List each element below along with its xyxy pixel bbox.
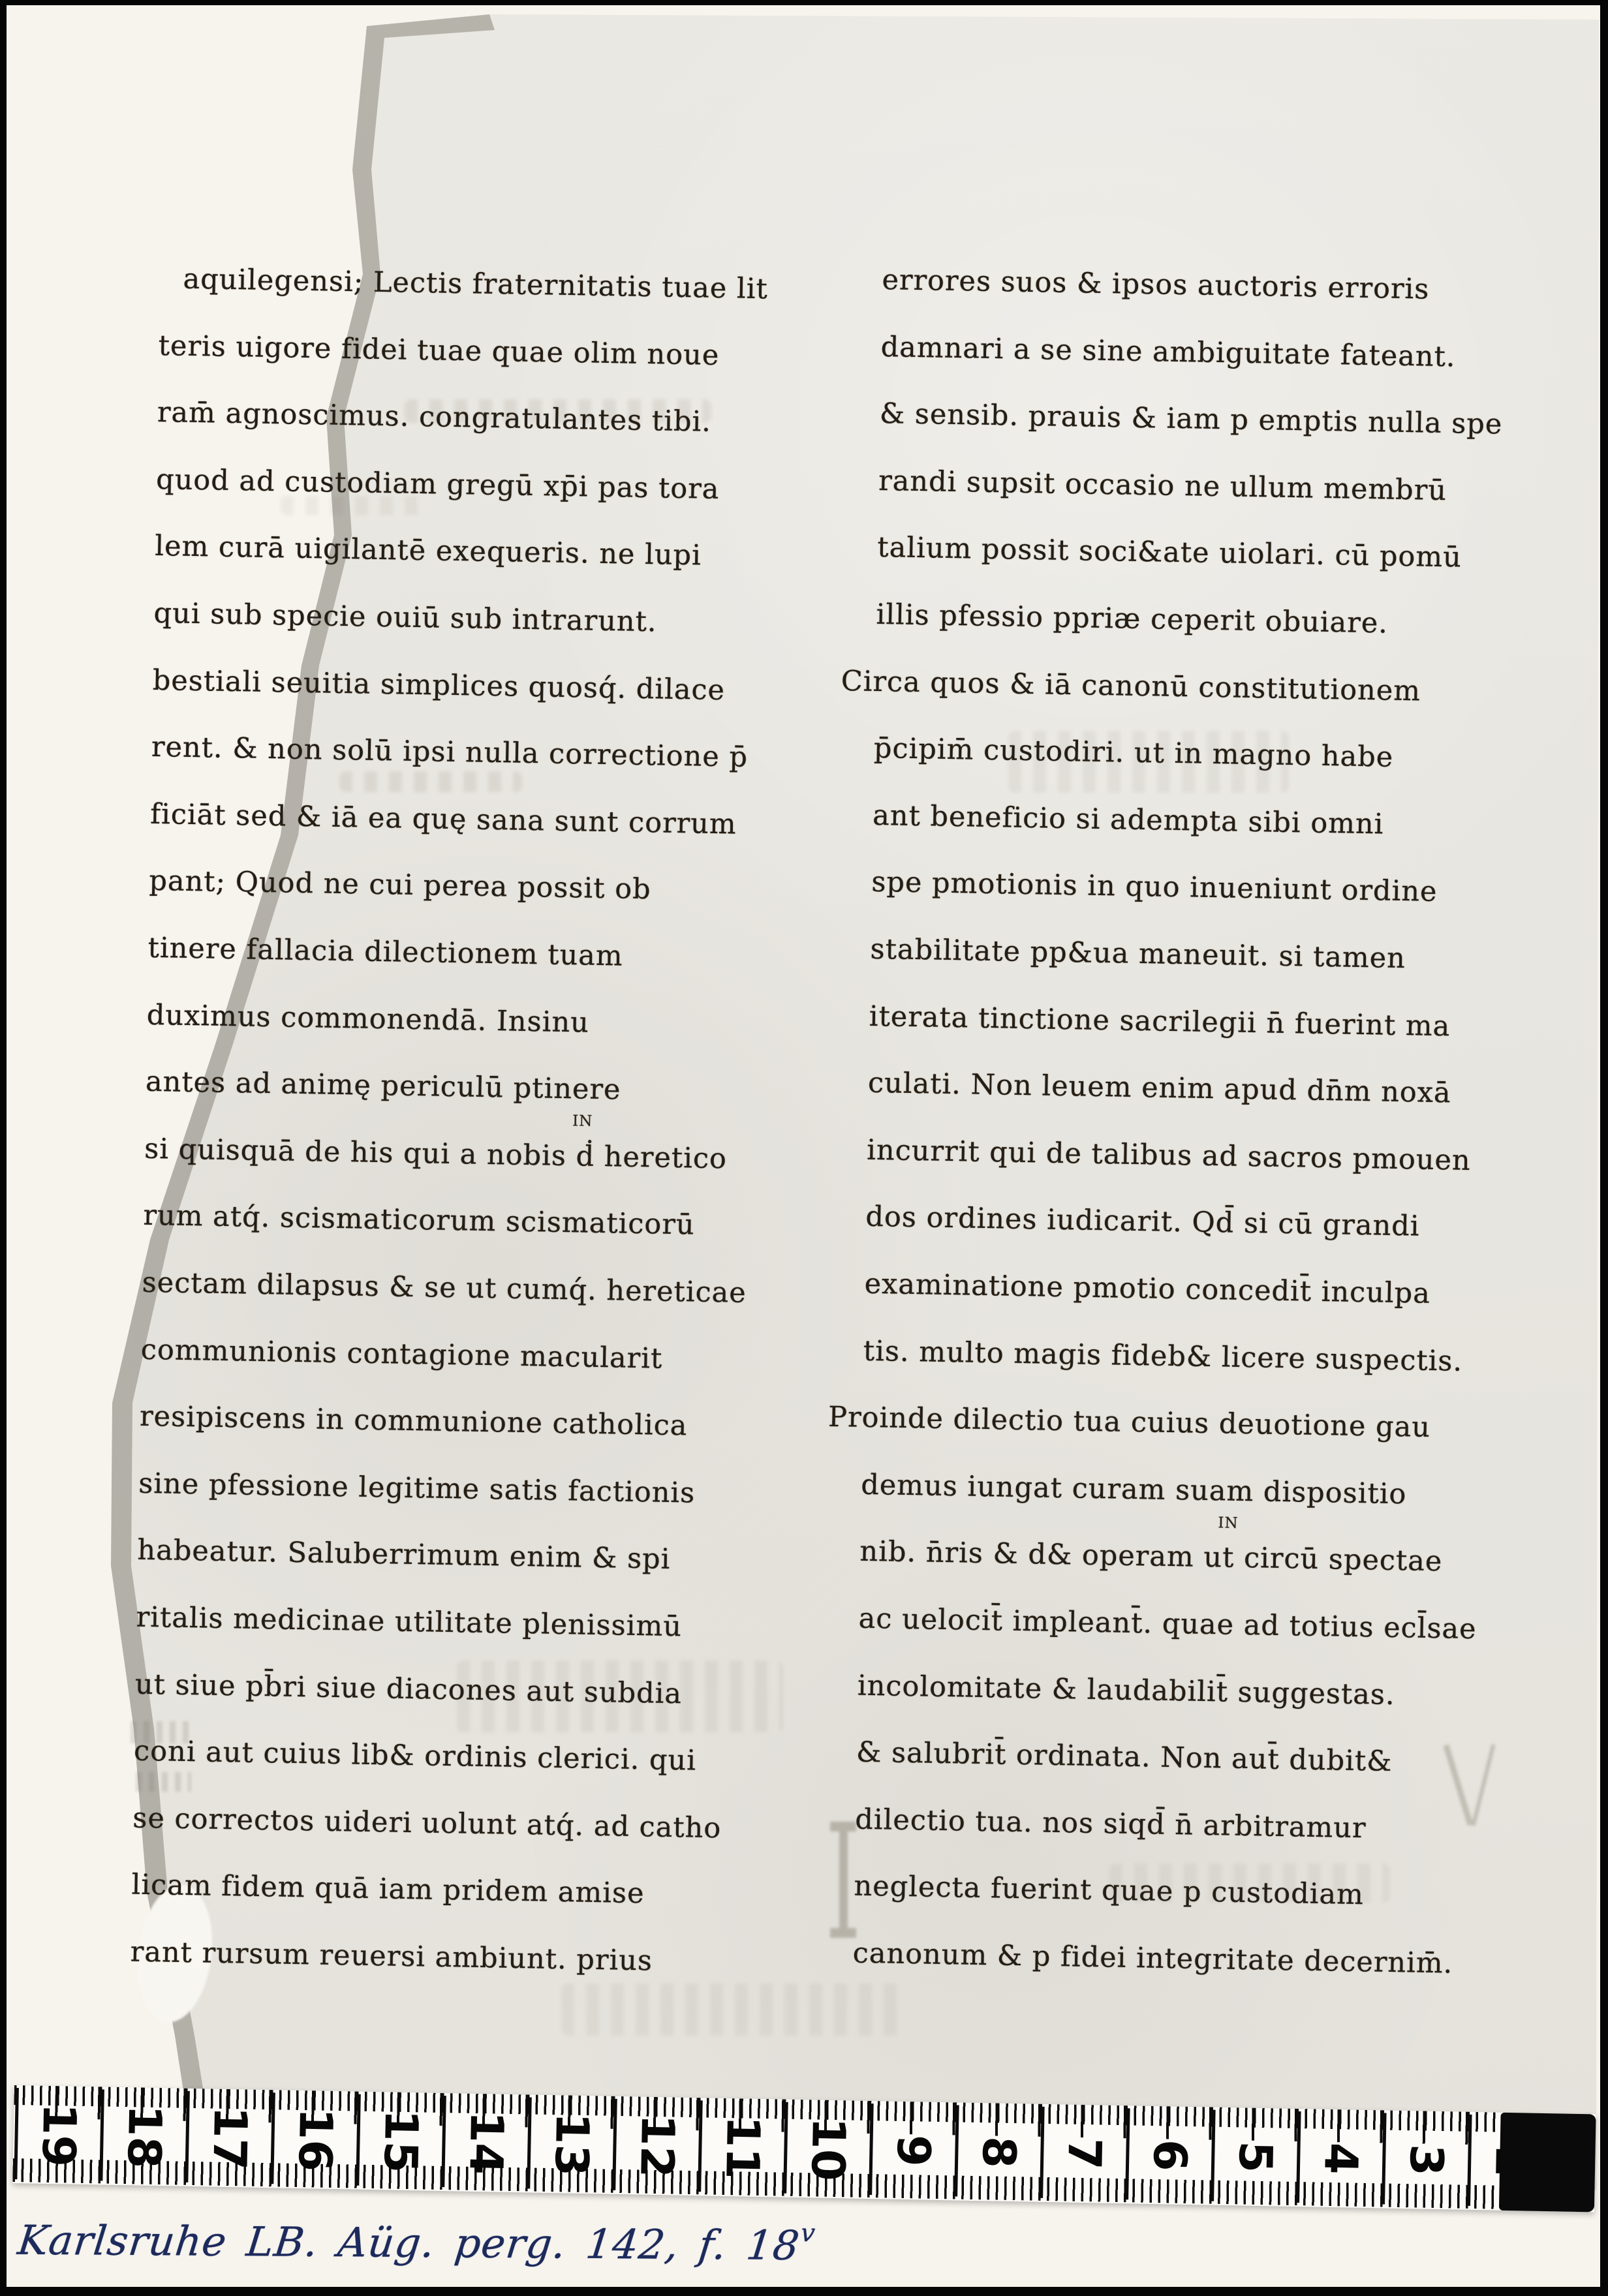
shelfmark-text: Karlsruhe LB. Aüg. perg. 142, f. 18 — [16, 2216, 803, 2269]
interlinear-correction: IN — [572, 1112, 593, 1130]
ruler-cm-number: 18 — [101, 2107, 188, 2165]
ruler-cm-number: 8 — [956, 2123, 1043, 2181]
ink-bleed-mark — [561, 1983, 901, 2036]
ruler-cm-number: 15 — [358, 2113, 444, 2170]
ink-bleed-mark — [339, 771, 522, 792]
ruler-end-block — [1499, 2113, 1596, 2212]
ruler-cm-number: 13 — [529, 2115, 615, 2173]
ruler-cm-number: 9 — [871, 2122, 957, 2179]
shelfmark-note: Karlsruhe LB. Aüg. perg. 142, f. 18v — [16, 2213, 818, 2269]
ruler-cm-number: 11 — [700, 2119, 786, 2176]
ruler-cm-number: 3 — [1383, 2131, 1470, 2188]
ruler-cm-number: 16 — [272, 2111, 359, 2168]
ruler-cm-number: 7 — [1042, 2125, 1128, 2182]
margin-showthrough-note — [136, 1772, 191, 1792]
shelfmark-superscript: v — [799, 2218, 817, 2247]
ruler-cm-number: 19 — [16, 2106, 102, 2164]
ruler-cm-number: 12 — [614, 2117, 701, 2175]
ruler-cm-number: 6 — [1127, 2126, 1214, 2184]
ruler-cm-number: 10 — [785, 2120, 872, 2178]
interlinear-correction: IN — [1218, 1514, 1239, 1532]
showthrough-v-mark — [1441, 1743, 1506, 1831]
photo-canvas: aquilegensi; Lectis fraternitatis tuae l… — [0, 0, 1608, 2296]
ruler-cm-number: 14 — [443, 2114, 530, 2171]
ruler-cm-number: 5 — [1213, 2128, 1299, 2186]
ruler-cm-number: 17 — [187, 2109, 273, 2167]
showthrough-initial-i — [830, 1822, 856, 1938]
ruler-cm-number: 4 — [1298, 2130, 1385, 2187]
